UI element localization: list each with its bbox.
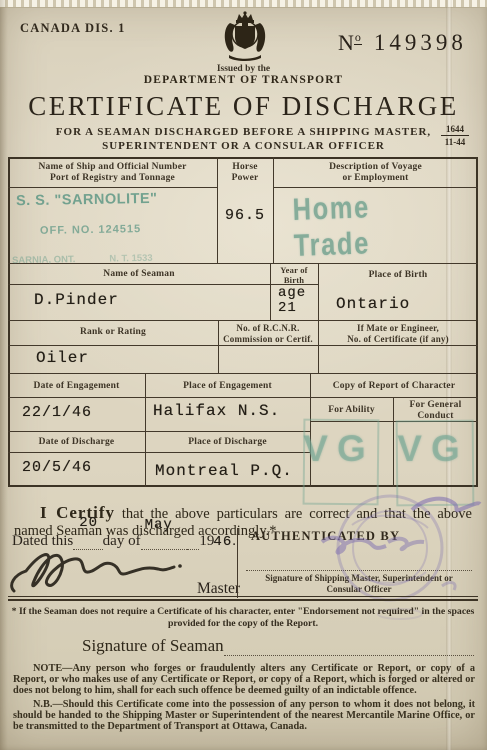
discharge-date-header: Date of Discharge <box>8 437 145 448</box>
discharge-date-value: 20/5/46 <box>22 459 92 476</box>
home-trade-stamp: Home Trade <box>292 186 454 264</box>
serial-sup: o <box>354 30 362 45</box>
birth-place-value: Ontario <box>336 295 410 313</box>
mate-cert-header-line1: If Mate or Engineer, <box>318 323 478 334</box>
dated-period: . <box>232 533 236 550</box>
dated-year-typed: 46 <box>213 534 232 550</box>
official-number-stamp: OFF. NO. 124515 <box>40 223 141 237</box>
horse-power-value: 96.5 <box>217 207 273 224</box>
rank-value: Oiler <box>36 349 89 367</box>
voyage-header: Description of Voyage or Employment <box>273 162 478 185</box>
engagement-place-value: Halifax N.S. <box>153 402 280 420</box>
canada-dis-label: CANADA DIS. 1 <box>20 21 126 36</box>
birth-year-value: age 21 <box>278 286 306 316</box>
port-stamp: SARNIA, ONT. <box>12 254 76 266</box>
hp-header-line1: Horse <box>217 162 273 173</box>
voyage-header-line2: or Employment <box>273 173 478 184</box>
conduct-header-line1: For General <box>393 400 478 411</box>
seaman-signature-line <box>224 635 474 656</box>
footnote: * If the Seaman does not require a Certi… <box>8 606 478 629</box>
birth-place-header: Place of Birth <box>318 270 478 281</box>
rcnr-header-line2: Commission or Certif. <box>218 334 318 345</box>
voyage-header-line1: Description of Voyage <box>273 162 478 173</box>
engagement-date-header: Date of Engagement <box>8 381 145 392</box>
form-number: 1644 11-44 <box>441 123 469 148</box>
ability-header: For Ability <box>310 405 393 416</box>
section-divider <box>237 528 238 598</box>
birth-year-header: Year of Birth <box>270 265 318 285</box>
vg-conduct-stamp: VG <box>396 428 470 470</box>
rcnr-header-line1: No. of R.C.N.R. <box>218 323 318 334</box>
tonnage-stamp: N. T. 1533 <box>109 253 152 265</box>
auth-signature-caption: Signature of Shipping Master, Superinten… <box>244 573 474 594</box>
authenticated-by-label: AUTHENTICATED BY <box>251 529 400 544</box>
issued-by-line: Issued by the <box>0 64 487 74</box>
seaman-signature-label: Signature of Seaman <box>82 636 224 656</box>
asterisk-mark: * <box>12 606 17 617</box>
subtitle-line1: FOR A SEAMAN DISCHARGED BEFORE A SHIPPIN… <box>0 126 487 138</box>
seaman-name-header: Name of Seaman <box>8 269 270 280</box>
seaman-name-value: D.Pinder <box>34 291 119 309</box>
ship-name-stamp: S. S. "SARNOLITE" <box>16 191 158 209</box>
serial-number: 149398 <box>374 30 467 55</box>
table-line <box>8 187 217 188</box>
table-line <box>8 452 310 453</box>
engagement-date-value: 22/1/46 <box>22 404 92 421</box>
discharge-place-value: Montreal P.Q. <box>155 462 293 480</box>
dated-month-typed: May <box>145 517 173 533</box>
seaman-signature-row: Signature of Seaman <box>82 635 474 656</box>
table-line <box>8 345 478 346</box>
mate-cert-header: If Mate or Engineer, No. of Certificate … <box>318 323 478 345</box>
auth-caption-line1: Signature of Shipping Master, Superinten… <box>244 573 474 584</box>
table-line <box>8 397 478 398</box>
form-number-top: 1644 <box>441 123 469 136</box>
footnote-line2: provided for the copy of the Report. <box>168 618 318 629</box>
certificate-of-discharge-document: CANADA DIS. 1 No 149398 Issued by the DE… <box>0 0 487 750</box>
auth-caption-line2: Consular Officer <box>244 584 474 595</box>
document-title: CERTIFICATE OF DISCHARGE <box>0 91 487 122</box>
table-line <box>8 431 310 432</box>
dated-day-typed: 20 <box>79 515 98 531</box>
nb-paragraph: N.B.—Should this Certificate come into t… <box>13 699 475 732</box>
certify-lead: I Certify <box>40 503 115 522</box>
ship-header: Name of Ship and Official Number Port of… <box>8 162 217 185</box>
double-rule <box>8 596 478 601</box>
ship-header-line2: Port of Registry and Tonnage <box>8 173 217 184</box>
auth-signature-line <box>246 569 472 571</box>
engagement-place-header: Place of Engagement <box>145 381 310 392</box>
serial-number-block: No 149398 <box>338 30 473 56</box>
department-line: DEPARTMENT OF TRANSPORT <box>0 74 487 86</box>
table-line <box>8 320 478 321</box>
note-paragraph: NOTE—Any person who forges or fraudulent… <box>13 663 475 696</box>
discharge-place-header: Place of Discharge <box>145 437 310 448</box>
rcnr-header: No. of R.C.N.R. Commission or Certif. <box>218 323 318 345</box>
footnote-line1: If the Seaman does not require a Certifi… <box>19 606 474 617</box>
serial-prefix: N <box>338 30 354 55</box>
age-number: 21 <box>278 301 306 316</box>
horse-power-header: Horse Power <box>217 162 273 185</box>
handwritten-master-signature <box>4 545 209 601</box>
rank-header: Rank or Rating <box>8 327 218 338</box>
port-registry-stamp: SARNIA, ONT. N. T. 1533 <box>12 248 153 268</box>
ship-header-line1: Name of Ship and Official Number <box>8 162 217 173</box>
royal-coat-of-arms-icon <box>221 10 269 64</box>
table-line <box>8 373 478 374</box>
age-word: age <box>278 286 306 301</box>
hp-header-line2: Power <box>217 173 273 184</box>
form-number-bottom: 11-44 <box>441 136 469 148</box>
vg-ability-stamp: VG <box>303 428 375 470</box>
mate-cert-header-line2: No. of Certificate (if any) <box>318 334 478 345</box>
torn-perforated-edge <box>0 0 487 8</box>
birth-year-header-line1: Year of <box>270 265 318 275</box>
birth-year-header-line2: Birth <box>270 275 318 285</box>
character-header: Copy of Report of Character <box>310 381 478 392</box>
subtitle-line2: SUPERINTENDENT OR A CONSULAR OFFICER <box>0 140 487 152</box>
